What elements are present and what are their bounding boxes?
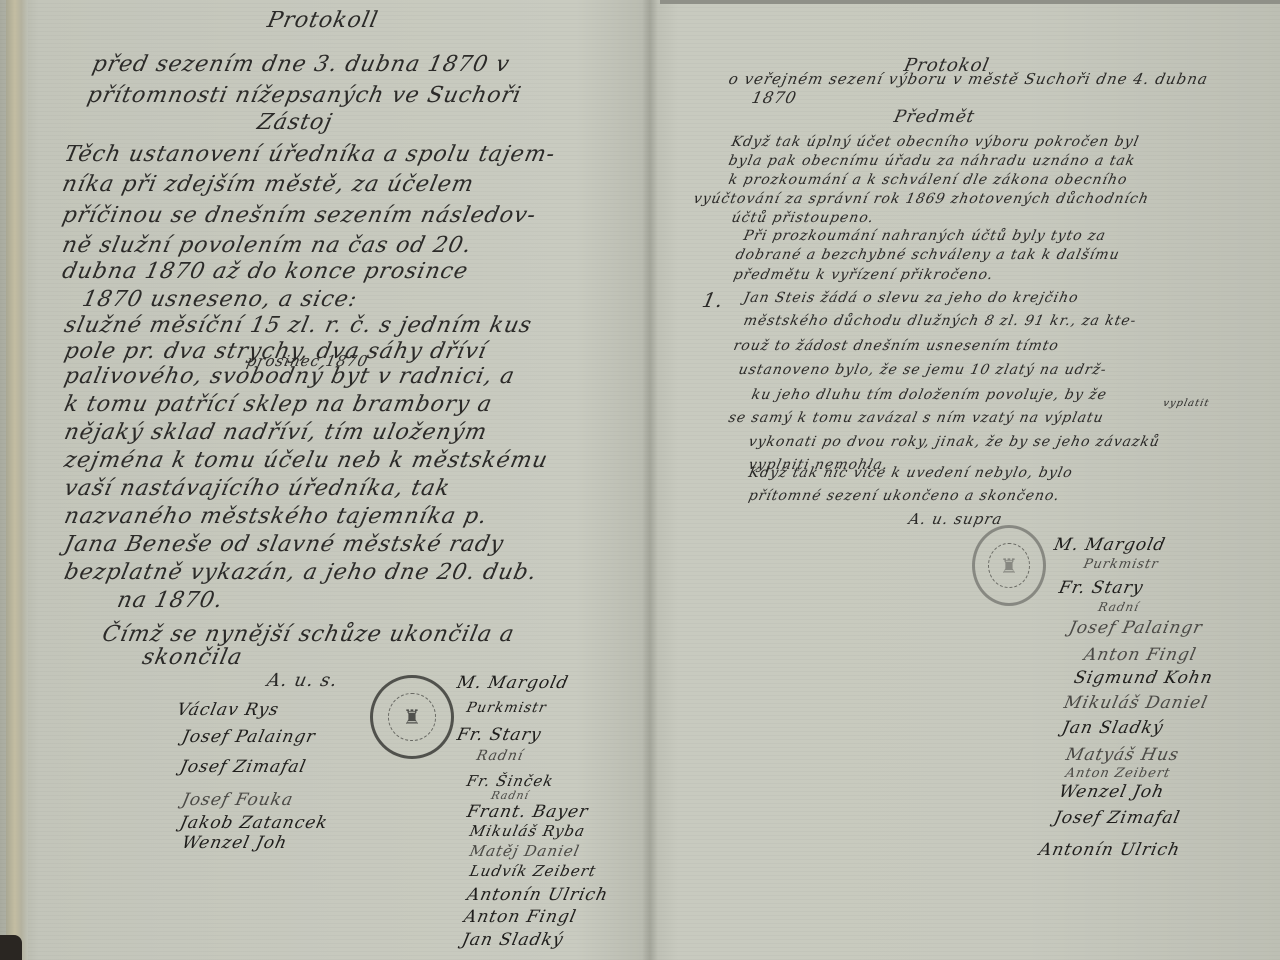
body-line: předmětu k vyřízení přikročeno. [732,267,995,283]
page-title: Protokoll [265,8,381,33]
header-line: o veřejném sezení výboru v městě Suchoři… [727,70,1210,88]
open-ledger-spread: Protokoll před sezením dne 3. dubna 1870… [0,0,1280,960]
body-line: k prozkoumání a k schválení dle zákona o… [727,172,1129,188]
signature: Josef Palaingr [180,727,318,747]
signature: Sigmund Kohn [1072,668,1215,688]
signature: M. Margold [455,673,571,693]
item-line: rouž to žádost dnešním usnesením tímto [732,338,1061,354]
signature-title: Radní [1097,600,1141,614]
signature: Jan Sladký [460,930,566,950]
body-line: bezplatně vykazán, a jeho dne 20. dub. [62,560,539,585]
signature: Fr. Šinček [465,772,555,790]
body-line: příčinou se dnešním sezením následov- [60,203,539,228]
stained-page-edge [6,0,28,960]
body-line: Jana Beneše od slavné městské rady [62,532,506,557]
signature: Fr. Stary [455,725,543,745]
page-subtitle: Předmět [892,107,977,127]
right-page: Protokol o veřejném sezení výboru v měst… [662,0,1272,960]
body-line: na 1870. [115,588,226,613]
item-number: 1. [700,288,726,312]
body-line: služné měsíční 15 zl. r. č. s jedním kus [62,313,534,338]
body-line: vaší nastávajícího úředníka, tak [62,476,453,501]
signature: Matěj Daniel [468,842,582,860]
signature: Josef Zimafal [1052,808,1182,828]
body-line: Když tak úplný účet obecního výboru pokr… [730,134,1141,150]
body-line: zejména k tomu účelu neb k městskému [62,448,550,473]
body-line: Při prozkoumání nahraných účtů byly tyto… [742,228,1107,244]
signature: Josef Fouka [180,790,295,810]
closing-line: Když tak nic více k uvedení nebylo, bylo [747,465,1074,481]
signature: Ludvík Zeibert [468,862,598,880]
body-line: dobrané a bezchybné schváleny a tak k da… [734,247,1121,263]
signature: Anton Fingl [1082,645,1198,665]
item-line: ustanoveno bylo, že se jemu 10 zlatý na … [737,362,1108,378]
item-line: městského důchodu dlužných 8 zl. 91 kr.,… [742,313,1138,329]
body-line: níka při zdejším městě, za účelem [60,172,476,197]
body-line: vyúčtování za správní rok 1869 zhotovený… [692,191,1151,207]
body-line: nazvaného městského tajemníka p. [62,504,490,529]
signature: Anton Zeibert [1064,766,1172,781]
town-seal-stamp-faint: ♜ [972,525,1046,606]
interlinear-note: vyplatit [1162,398,1210,409]
signature: Wenzel Joh [180,833,289,853]
item-line: se samý k tomu zavázal s ním vzatý na vý… [727,410,1105,426]
header-line: před sezením dne 3. dubna 1870 v [90,52,512,77]
signature: Matyáš Hus [1064,745,1181,765]
signature: Antonín Ulrich [465,885,610,905]
signature: Wenzel Joh [1057,782,1166,802]
dark-corner [0,935,22,960]
signature-title: Purkmistr [1082,557,1160,572]
signature: Václav Rys [175,700,281,720]
body-line: účtů přistoupeno. [730,210,876,226]
left-page: Protokoll před sezením dne 3. dubna 1870… [40,0,640,960]
signature: Jan Sladký [1060,718,1166,738]
castle-emblem-icon: ♜ [388,693,435,740]
signature: Mikuláš Ryba [468,822,587,840]
page-subtitle: Zástoj [255,110,335,135]
body-line: skončila [140,645,245,670]
book-gutter [642,0,658,960]
castle-emblem-icon: ♜ [988,543,1029,589]
body-line: 1870 usneseno, a sice: [80,287,360,312]
header-line: 1870 [750,88,799,107]
item-line: ku jeho dluhu tím doložením povoluje, by… [750,387,1109,403]
signature: Mikuláš Daniel [1062,693,1210,713]
closing-line: přítomné sezení ukončeno a skončeno. [747,488,1061,504]
signature: Antonín Ulrich [1037,840,1182,860]
closing-abbreviation: A. u. s. [265,670,340,691]
signature: Frant. Bayer [465,802,590,822]
signature: Anton Fingl [462,907,578,927]
signature: Fr. Stary [1057,578,1145,598]
signature: Jakob Zatancek [178,813,330,833]
item-line: vykonati po dvou roky, jinak, že by se j… [747,434,1162,450]
body-line: palivového, svobodný byt v radnici, a [62,364,517,389]
town-seal-stamp: ♜ [370,675,454,759]
signature: Josef Palaingr [1067,618,1205,638]
body-line: ně služní povolením na čas od 20. [60,233,474,258]
item-line: Jan Steis žádá o slevu za jeho do krejči… [742,290,1080,306]
body-line: Těch ustanovení úředníka a spolu tajem- [62,142,558,167]
signature: Josef Zimafal [178,757,308,777]
body-line: nějaký sklad nadříví, tím uloženým [62,420,490,445]
signature: M. Margold [1052,535,1168,555]
signature-title: Purkmistr [465,700,548,716]
signature-title: Radní [490,789,531,802]
body-line: Čímž se nynější schůze ukončila a [100,622,517,647]
body-line: k tomu patřící sklep na brambory a [62,392,495,417]
body-line: dubna 1870 až do konce prosince [60,259,471,284]
body-line: byla pak obecnímu úřadu za náhradu uznán… [727,153,1137,169]
closing-abbreviation: A. u. supra [907,510,1004,528]
header-line: přítomnosti nížepsaných ve Suchoři [85,83,524,108]
signature-title: Radní [475,748,525,764]
